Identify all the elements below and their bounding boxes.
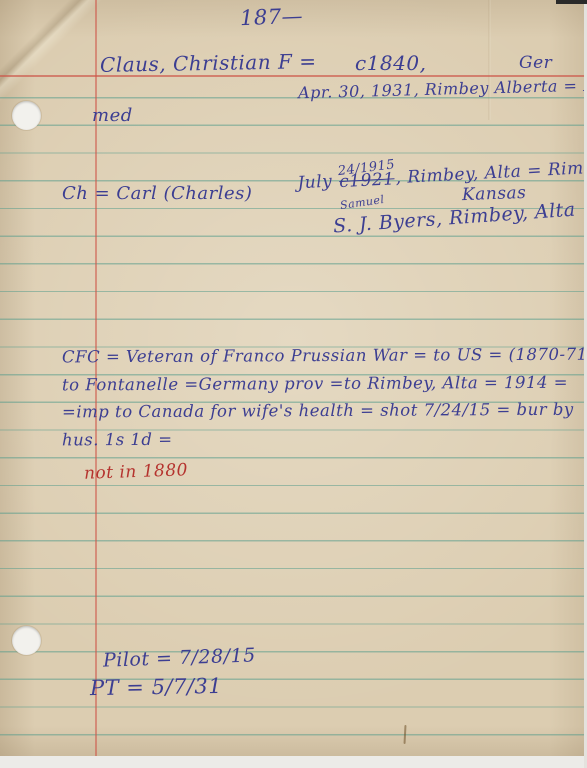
research-notes: CFC = Veteran of Franco Prussian War = t… xyxy=(62,347,587,458)
page-number: 187— xyxy=(240,5,304,30)
birth-year: c1840, xyxy=(355,52,426,74)
scanned-notebook-page: 187— Claus, Christian F = c1840, Ger Apr… xyxy=(0,0,587,768)
marriage-prefix: July xyxy=(297,171,339,193)
note-line-1: CFC = Veteran of Franco Prussian War = t… xyxy=(62,346,587,376)
red-margin-line-horizontal xyxy=(0,75,584,77)
marriage-date-correction: 24/1915c1921 xyxy=(337,159,396,191)
red-annotation: not in 1880 xyxy=(84,461,189,483)
note-line-4: hus. 1s 1d = xyxy=(62,429,587,459)
paper-crease-top-left xyxy=(0,0,110,110)
hole-punch-top xyxy=(12,101,41,130)
hole-punch-bottom xyxy=(12,626,41,655)
note-line-3: =imp to Canada for wife's health = shot … xyxy=(62,401,587,431)
page-number-text: 187— xyxy=(240,4,304,30)
source-pt: PT = 5/7/31 xyxy=(90,675,223,700)
married-abbrev: med xyxy=(92,106,133,126)
scan-edge-bottom xyxy=(0,756,587,768)
children-line: Ch = Carl (Charles) xyxy=(62,184,252,204)
scan-edge-top-dark xyxy=(556,0,587,4)
name-heading: Claus, Christian F = xyxy=(100,50,317,76)
origin-abbrev: Ger xyxy=(519,54,552,73)
